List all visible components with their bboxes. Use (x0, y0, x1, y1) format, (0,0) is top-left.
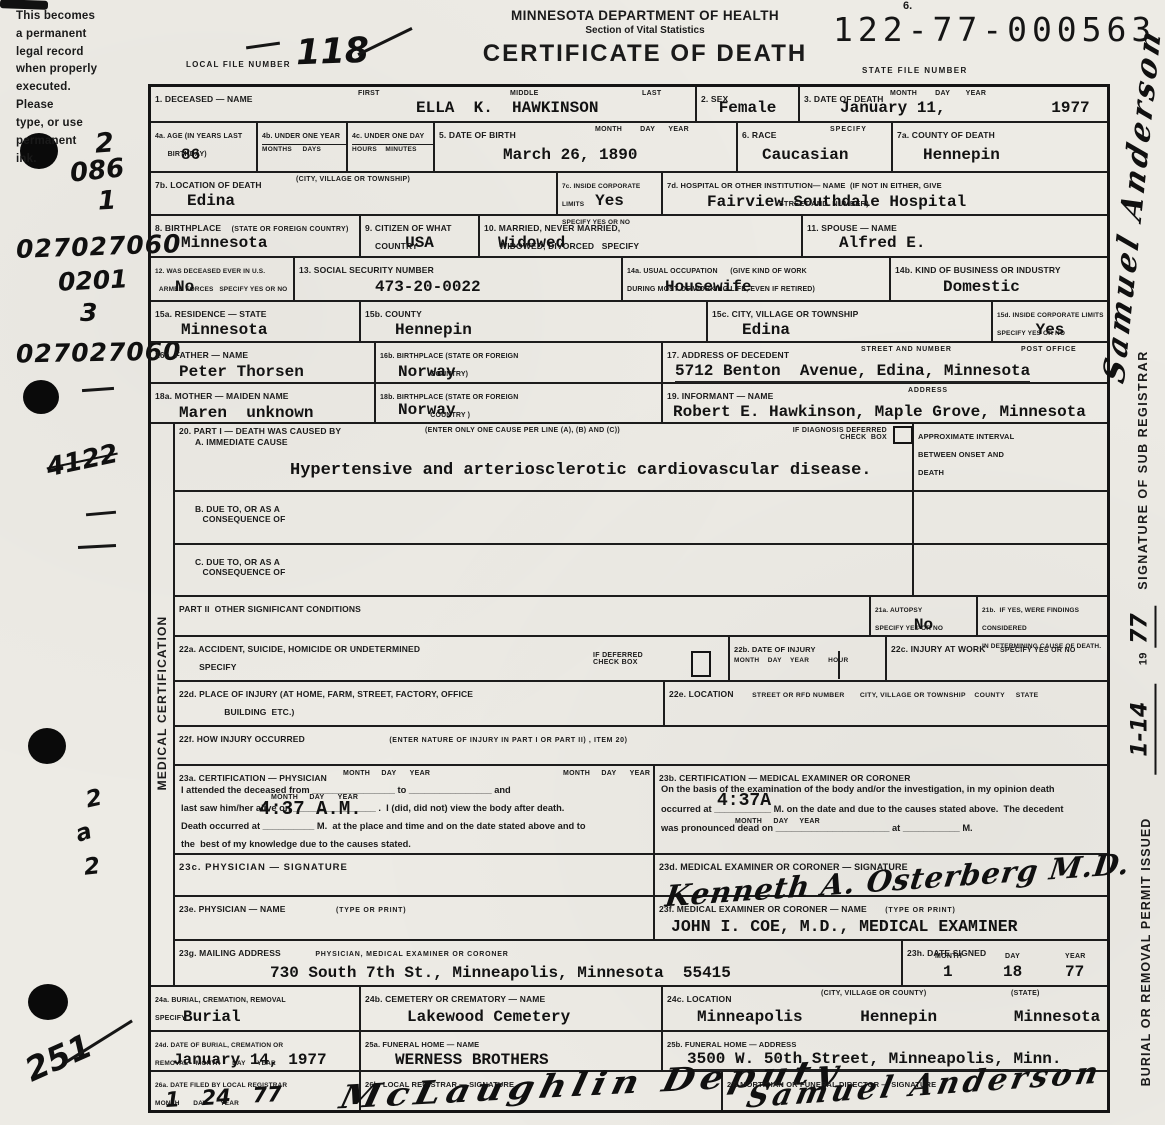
hole-punch (28, 728, 66, 764)
field-value: Peter Thorsen (151, 364, 304, 380)
field-decedent-address: 17. ADDRESS OF DECEDENT STREET AND NUMBE… (663, 343, 1107, 382)
column-label-last: LAST (642, 90, 661, 97)
field-physician-signature: 23c. PHYSICIAN — SIGNATURE (175, 855, 655, 895)
field-armed-forces: 12. WAS DECEASED EVER IN U.S. ARMED FORC… (151, 258, 295, 300)
field-value: Alfred E. (803, 235, 925, 251)
column-labels-mdy: MONTH DAY YEAR (890, 90, 986, 97)
field-injury-at-work: 22c. INJURY AT WORK SPECIFY YES OR NO (887, 637, 1107, 680)
column-label: SPECIFY YES OR NO (1000, 647, 1076, 654)
field-label: 15a. RESIDENCE — STATE (155, 309, 267, 319)
field-label: 22e. LOCATION (669, 689, 734, 699)
certification-text-line: the best of my knowledge due to the caus… (181, 835, 649, 853)
field-birthplace: 8. BIRTHPLACE (STATE OR FOREIGN COUNTRY)… (151, 216, 361, 256)
field-residence-county: 15b. COUNTY Hennepin (361, 302, 708, 341)
field-value: Edina (708, 322, 790, 338)
field-date-signed: 23h. DATE SIGNED MONTH DAY YEAR 1 18 77 (903, 941, 1107, 985)
column-label: (STATE OR FOREIGN COUNTRY) (232, 226, 349, 233)
margin-handwriting: 251 (19, 1026, 98, 1090)
field-mother-name: 18a. MOTHER — MAIDEN NAME Maren unknown (151, 384, 376, 422)
interval-onset-death: APPROXIMATE INTERVAL BETWEEN ONSET AND D… (914, 424, 1107, 490)
diagnosis-deferred-checkbox (893, 426, 913, 444)
field-burial-cremation: 24a. BURIAL, CREMATION, REMOVAL SPECIFY … (151, 987, 361, 1030)
column-label-year: YEAR (1065, 953, 1086, 960)
mdy-labels: MONTH DAY YEAR (563, 770, 650, 777)
permit-year-prefix: 19 (1138, 652, 1150, 665)
certification-text-line: last saw him/her alive on ______________… (181, 799, 649, 817)
mdy-labels: MONTH DAY YEAR (343, 770, 430, 777)
field-value: Maren unknown (151, 405, 313, 421)
field-hospital: 7d. HOSPITAL OR OTHER INSTITUTION— NAME … (663, 173, 1107, 214)
margin-handwriting: 1 (97, 186, 117, 217)
field-value: Fairview Southdale Hospital (663, 194, 966, 210)
state-file-number-label: STATE FILE NUMBER (862, 66, 968, 75)
margin-stroke (78, 544, 116, 549)
typed-time-of-death: 4:37A (717, 792, 771, 810)
margin-handwriting: a (72, 818, 95, 848)
field-label: 23g. MAILING ADDRESS (179, 948, 281, 958)
field-value: March 26, 1890 (435, 147, 637, 163)
field-value: Robert E. Hawkinson, Maple Grove, Minnes… (663, 404, 1086, 420)
field-value: Edina (151, 193, 235, 209)
field-value: 473-20-0022 (295, 279, 481, 295)
field-date-of-birth: 5. DATE OF BIRTH MONTH DAY YEAR March 26… (435, 123, 738, 171)
field-medical-examiner-name: 23f. MEDICAL EXAMINER OR CORONER — NAME … (655, 897, 1107, 939)
hole-punch (23, 380, 59, 414)
field-local-registrar-signature: 26b. LOCAL REGISTRAR — SIGNATURE McLaugh… (361, 1072, 723, 1110)
date-filed-handwritten: 1 24 77 (164, 1082, 282, 1112)
permit-date-handwritten: 1-14 (1128, 684, 1157, 775)
field-value: Norway (376, 402, 456, 418)
field-label: 24c. LOCATION (667, 994, 732, 1004)
sub-registrar-label: SIGNATURE OF SUB REGISTRAR (1136, 350, 1150, 589)
local-file-number-label: LOCAL FILE NUMBER (186, 60, 291, 69)
field-cause-of-death-a: 20. PART I — DEATH WAS CAUSED BY (ENTER … (175, 424, 914, 490)
field-date-filed: 26a. DATE FILED BY LOCAL REGISTRAR MONTH… (151, 1072, 361, 1110)
death-certificate-scan: This becomes a permanent legal record wh… (0, 0, 1165, 1125)
field-citizen-of: 9. CITIZEN OF WHAT COUNTRY USA (361, 216, 480, 256)
column-labels: MONTHS DAYS (262, 144, 346, 153)
deferred-label: IF DIAGNOSIS DEFERRED CHECK BOX (787, 427, 887, 441)
field-label: 22b. DATE OF INJURY (734, 645, 816, 654)
field-value: Hennepin (893, 147, 1000, 163)
field-burial-location: 24c. LOCATION (CITY, VILLAGE OR COUNTY) … (663, 987, 1107, 1030)
margin-handwriting: 086 (69, 153, 126, 189)
hour-divider (838, 651, 840, 679)
field-place-of-injury: 22d. PLACE OF INJURY (AT HOME, FARM, STR… (175, 682, 665, 725)
field-value: Minneapolis Hennepin Minnesota (663, 1009, 1100, 1025)
field-date-of-injury: 22b. DATE OF INJURY MONTH DAY YEAR HOUR (730, 637, 887, 680)
hole-punch (28, 984, 68, 1020)
field-cemetery-name: 24b. CEMETERY OR CREMATORY — NAME Lakewo… (361, 987, 663, 1030)
column-label: (CITY, VILLAGE OR TOWNSHIP) (296, 176, 410, 183)
field-label: 7a. COUNTY OF DEATH (897, 130, 995, 140)
field-value: Hypertensive and arteriosclerotic cardio… (290, 462, 872, 479)
state-file-number-stamp: 122-77-000563 (833, 10, 1156, 49)
certificate-title: CERTIFICATE OF DEATH (440, 40, 850, 68)
field-value: ELLA K. HAWKINSON (151, 100, 598, 116)
date-signed-month: 1 (943, 964, 953, 980)
field-value: Minnesota (151, 235, 267, 251)
field-usual-occupation: 14a. USUAL OCCUPATION (GIVE KIND OF WORK… (623, 258, 891, 300)
column-label-month: MONTH (935, 953, 962, 960)
margin-note: This becomes a permanent legal record wh… (16, 8, 141, 168)
field-injury-location: 22e. LOCATION STREET OR RFD NUMBER CITY,… (665, 682, 1107, 725)
field-label: 22d. PLACE OF INJURY (AT HOME, FARM, STR… (179, 689, 473, 717)
column-label-post-office: POST OFFICE (1021, 346, 1076, 353)
field-label: C. DUE TO, OR AS A CONSEQUENCE OF (195, 557, 285, 577)
field-value: Hennepin (361, 322, 472, 338)
field-value: No (151, 279, 194, 295)
field-label: 24b. CEMETERY OR CREMATORY — NAME (365, 994, 545, 1004)
field-value: Lakewood Cemetery (361, 1009, 570, 1025)
field-residence-state: 15a. RESIDENCE — STATE Minnesota (151, 302, 361, 341)
field-age: 4a. AGE (IN YEARS LAST BIRTHDAY) 86 (151, 123, 258, 171)
field-value: USA (361, 235, 478, 251)
field-ssn: 13. SOCIAL SECURITY NUMBER 473-20-0022 (295, 258, 623, 300)
immediate-cause-label: A. IMMEDIATE CAUSE (195, 437, 288, 447)
field-value: Widowed (480, 235, 565, 251)
field-medical-examiner-signature: 23d. MEDICAL EXAMINER OR CORONER — SIGNA… (655, 855, 1107, 895)
burial-permit-date: 1-14 19 77 (1128, 605, 1153, 774)
field-label: 23c. PHYSICIAN — SIGNATURE (179, 862, 348, 873)
field-label: 6. RACE (742, 130, 777, 140)
field-physician-name: 23e. PHYSICIAN — NAME (TYPE OR PRINT) (175, 897, 655, 939)
field-location-of-death: 7b. LOCATION OF DEATH (CITY, VILLAGE OR … (151, 173, 558, 214)
column-label: (TYPE OR PRINT) (885, 907, 955, 914)
field-label: 19. INFORMANT — NAME (667, 391, 773, 401)
margin-handwriting: 2 (83, 853, 102, 881)
field-label: 4c. UNDER ONE DAY (352, 133, 424, 140)
field-accident-suicide: 22a. ACCIDENT, SUICIDE, HOMICIDE OR UNDE… (175, 637, 730, 680)
field-value: WERNESS BROTHERS (361, 1052, 549, 1068)
field-inside-corporate-limits-residence: 15d. INSIDE CORPORATE LIMITS SPECIFY YES… (993, 302, 1107, 341)
field-label: 4b. UNDER ONE YEAR (262, 133, 340, 140)
field-label: 22a. ACCIDENT, SUICIDE, HOMICIDE OR UNDE… (179, 644, 420, 672)
field-informant: 19. INFORMANT — NAME ADDRESS Robert E. H… (663, 384, 1107, 422)
field-sex: 2. SEX Female (697, 87, 800, 121)
certification-text-line: was pronounced dead on _________________… (661, 819, 1103, 839)
field-date-of-burial: 24d. DATE OF BURIAL, CREMATION OR REMOVA… (151, 1032, 361, 1070)
field-label: PART II OTHER SIGNIFICANT CONDITIONS (179, 604, 361, 614)
margin-stroke (86, 511, 116, 517)
column-label-specify: SPECIFY (830, 126, 867, 133)
field-deceased-name: 1. DECEASED — NAME FIRST MIDDLE LAST ELL… (151, 87, 697, 121)
field-label: APPROXIMATE INTERVAL BETWEEN ONSET AND D… (918, 432, 1014, 477)
field-label: 17. ADDRESS OF DECEDENT (667, 350, 789, 360)
column-label: PHYSICIAN, MEDICAL EXAMINER OR CORONER (315, 951, 508, 958)
field-value: January 14, 1977 (151, 1052, 327, 1068)
field-value: Yes (993, 322, 1107, 338)
field-cause-of-death-b: B. DUE TO, OR AS A CONSEQUENCE OF (175, 492, 914, 543)
field-label: 14b. KIND OF BUSINESS OR INDUSTRY (895, 265, 1061, 275)
field-value: 730 South 7th St., Minneapolis, Minnesot… (175, 965, 731, 981)
field-value: Domestic (891, 279, 1020, 295)
field-value: Norway (376, 364, 456, 380)
field-value: Burial (151, 1009, 241, 1025)
field-value: JOHN I. COE, M.D., MEDICAL EXAMINER (655, 919, 1018, 936)
field-father-birthplace: 16b. BIRTHPLACE (STATE OR FOREIGN COUNTR… (376, 343, 663, 382)
field-race: 6. RACE SPECIFY Caucasian (738, 123, 893, 171)
certificate-form: 1. DECEASED — NAME FIRST MIDDLE LAST ELL… (148, 84, 1110, 1113)
field-label: 15b. COUNTY (365, 309, 422, 319)
dept-title: MINNESOTA DEPARTMENT OF HEALTH (455, 8, 835, 23)
column-label-first: FIRST (358, 90, 380, 97)
field-label: B. DUE TO, OR AS A CONSEQUENCE OF (195, 504, 285, 524)
certification-text-line: I attended the deceased from ___________… (181, 781, 649, 799)
mdy-labels: MONTH DAY YEAR (735, 818, 820, 825)
field-label: 8. BIRTHPLACE (155, 223, 221, 233)
field-label: 23e. PHYSICIAN — NAME (179, 904, 286, 914)
permit-year-handwritten: 77 (1128, 605, 1157, 648)
cause-instruction: (ENTER ONLY ONE CAUSE PER LINE (A), (B) … (425, 427, 620, 434)
field-mortician-signature: 27. MORTICIAN OR FUNERAL DIRECTOR — SIGN… (723, 1072, 1107, 1110)
field-inside-corporate-limits-death: 7c. INSIDE CORPORATE LIMITS SPECIFY YES … (558, 173, 663, 214)
column-label-state: (STATE) (1011, 990, 1040, 997)
margin-handwriting: 4122 (44, 439, 121, 483)
burial-permit-label: BURIAL OR REMOVAL PERMIT ISSUED (1139, 818, 1153, 1087)
field-certification-physician: 23a. CERTIFICATION — PHYSICIAN MONTH DAY… (175, 766, 655, 853)
column-label-city: (CITY, VILLAGE OR COUNTY) (821, 990, 927, 997)
field-under-one-year: 4b. UNDER ONE YEAR MONTHS DAYS (258, 123, 348, 171)
date-signed-day: 18 (1003, 964, 1022, 980)
field-under-one-day: 4c. UNDER ONE DAY HOURS MINUTES (348, 123, 435, 171)
field-date-of-death: 3. DATE OF DEATH MONTH DAY YEAR January … (800, 87, 1107, 121)
field-residence-city: 15c. CITY, VILLAGE OR TOWNSHIP Edina (708, 302, 993, 341)
deferred-checkbox (691, 651, 711, 677)
certification-text-line: Death occurred at __________ M. at the p… (181, 817, 649, 835)
column-label: (TYPE OR PRINT) (336, 907, 406, 914)
medical-certification-section: 20. PART I — DEATH WAS CAUSED BY (ENTER … (151, 424, 1107, 987)
margin-stroke (82, 387, 114, 392)
field-label: 13. SOCIAL SECURITY NUMBER (299, 265, 434, 275)
field-mailing-address: 23g. MAILING ADDRESS PHYSICIAN, MEDICAL … (175, 941, 903, 985)
field-value: Caucasian (738, 147, 848, 163)
medical-certification-label: MEDICAL CERTIFICATION (155, 616, 169, 791)
field-autopsy: 21a. AUTOPSY SPECIFY YES OR NO No (871, 597, 978, 635)
field-how-injury-occurred: 22f. HOW INJURY OCCURRED (ENTER NATURE O… (175, 727, 1107, 764)
field-label: 15c. CITY, VILLAGE OR TOWNSHIP (712, 309, 859, 319)
field-label: 11. SPOUSE — NAME (807, 223, 897, 233)
column-labels: STREET OR RFD NUMBER CITY, VILLAGE OR TO… (752, 692, 1038, 699)
field-mother-birthplace: 18b. BIRTHPLACE (STATE OR FOREIGN COUNTR… (376, 384, 663, 422)
column-label-address: ADDRESS (908, 387, 948, 394)
field-cause-of-death-c: C. DUE TO, OR AS A CONSEQUENCE OF (175, 545, 914, 595)
field-label: 20. PART I — DEATH WAS CAUSED BY (179, 426, 341, 436)
field-certification-medical-examiner: 23b. CERTIFICATION — MEDICAL EXAMINER OR… (655, 766, 1107, 853)
field-label: 18a. MOTHER — MAIDEN NAME (155, 391, 289, 401)
column-label-middle: MIDDLE (510, 90, 539, 97)
interval-onset-death-b (914, 492, 1107, 543)
field-county-of-death: 7a. COUNTY OF DEATH Hennepin (893, 123, 1107, 171)
field-label: 7b. LOCATION OF DEATH (155, 180, 262, 190)
field-label: 25a. FUNERAL HOME — NAME (365, 1040, 479, 1049)
field-label: 5. DATE OF BIRTH (439, 130, 516, 140)
deferred-label: IF DEFERRED CHECK BOX (593, 652, 643, 666)
field-value: 86 (151, 147, 200, 163)
field-value: Housewife (623, 279, 751, 295)
field-value: Female (697, 100, 798, 116)
date-signed-year: 77 (1065, 964, 1084, 980)
field-marital-status: 10. MARRIED, NEVER MARRIED, WIDOWED, DIV… (480, 216, 803, 256)
field-business-industry: 14b. KIND OF BUSINESS OR INDUSTRY Domest… (891, 258, 1107, 300)
dept-subtitle: Section of Vital Statistics (455, 25, 835, 36)
margin-handwriting: 2 (83, 785, 104, 814)
field-value: January 11, 1977 (800, 100, 1090, 116)
field-value: No (871, 617, 976, 633)
column-labels-mdy: MONTH DAY YEAR (595, 126, 689, 133)
scan-smudge (246, 42, 280, 50)
field-other-significant-conditions: PART II OTHER SIGNIFICANT CONDITIONS (175, 597, 871, 635)
field-label: 22f. HOW INJURY OCCURRED (179, 734, 305, 744)
field-findings-considered: 21b. IF YES, WERE FINDINGS CONSIDERED IN… (978, 597, 1107, 635)
field-value: 5712 Benton Avenue, Edina, Minnesota (675, 362, 1030, 383)
field-label: 22c. INJURY AT WORK (891, 644, 985, 654)
column-labels: MONTH DAY YEAR HOUR (734, 657, 885, 664)
field-note: (ENTER NATURE OF INJURY IN PART I OR PAR… (389, 737, 627, 744)
column-label-day: DAY (1005, 953, 1020, 960)
field-value: Yes (558, 193, 661, 209)
margin-handwriting: 0201 (57, 264, 128, 297)
typed-time-of-death: 4:37 A.M. (259, 800, 362, 819)
field-label: 16a. FATHER — NAME (155, 350, 248, 360)
interval-onset-death-c (914, 545, 1107, 595)
margin-handwriting: 3 (80, 298, 97, 327)
field-father-name: 16a. FATHER — NAME Peter Thorsen (151, 343, 376, 382)
column-labels: HOURS MINUTES (352, 144, 433, 153)
field-label: 25b. FUNERAL HOME — ADDRESS (667, 1040, 796, 1049)
field-label: 23f. MEDICAL EXAMINER OR CORONER — NAME (659, 904, 867, 914)
field-spouse-name: 11. SPOUSE — NAME Alfred E. (803, 216, 1107, 256)
column-label-street: STREET AND NUMBER (861, 346, 952, 353)
field-value: Minnesota (151, 322, 267, 338)
